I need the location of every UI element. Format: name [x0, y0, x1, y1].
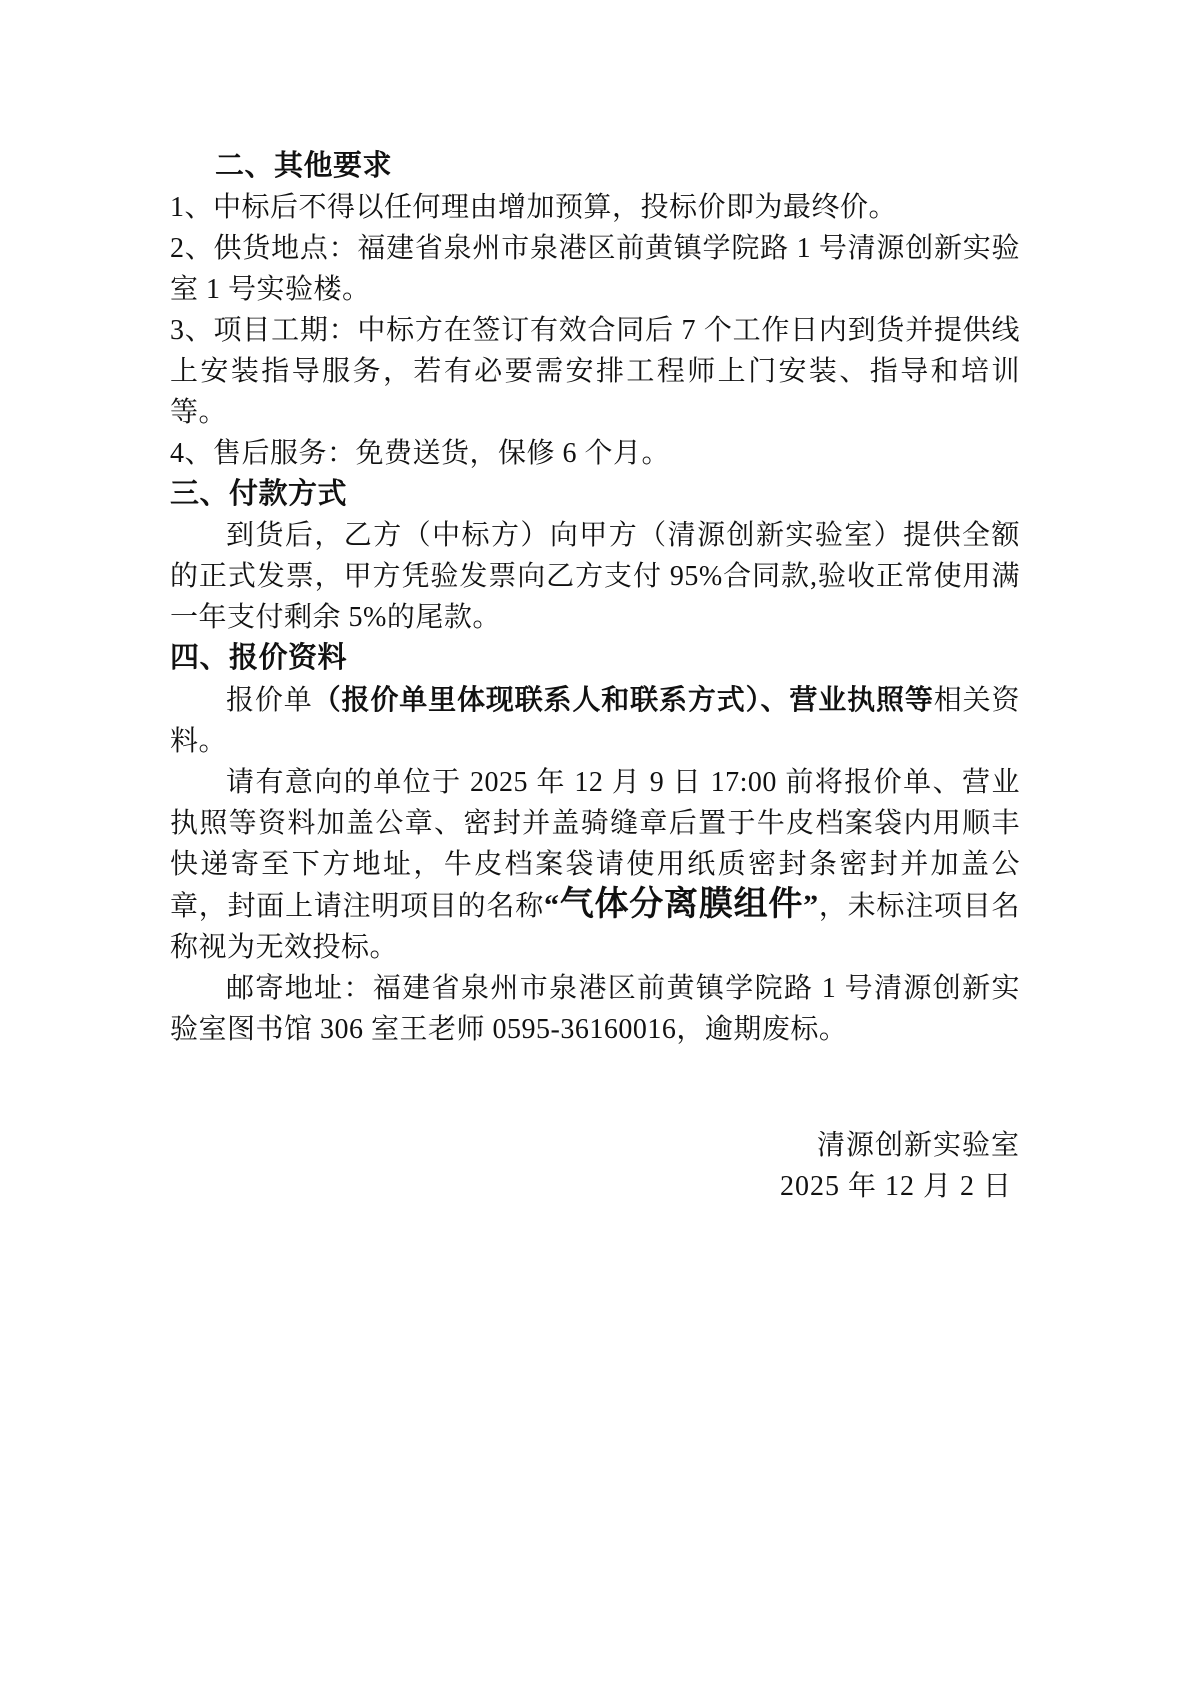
section-3-heading: 三、付款方式 — [170, 474, 1020, 515]
section-2-item-2: 2、供货地点：福建省泉州市泉港区前黄镇学院路 1 号清源创新实验室 1 号实验楼… — [170, 228, 1020, 310]
open-quote: “ — [544, 889, 560, 922]
section-3-payment-paragraph: 到货后，乙方（中标方）向甲方（清源创新实验室）提供全额的正式发票，甲方凭验发票向… — [170, 515, 1020, 638]
document-content: 二、其他要求 1、中标后不得以任何理由增加预算，投标价即为最终价。 2、供货地点… — [170, 146, 1020, 1207]
quotation-text-bold: （报价单里体现联系人和联系方式）、营业执照等 — [313, 684, 934, 715]
quotation-text-prefix: 报价单 — [226, 685, 313, 716]
section-2-item-1: 1、中标后不得以任何理由增加预算，投标价即为最终价。 — [170, 187, 1020, 228]
close-quote: ” — [803, 889, 819, 922]
section-4-heading: 四、报价资料 — [170, 638, 1020, 679]
project-name-emphasis: 气体分离膜组件 — [559, 885, 803, 923]
signature-block: 清源创新实验室 2025 年 12 月 2 日 — [170, 1125, 1020, 1207]
section-2-item-3: 3、项目工期：中标方在签订有效合同后 7 个工作日内到货并提供线上安装指导服务，… — [170, 310, 1020, 433]
signature-date: 2025 年 12 月 2 日 — [170, 1166, 1020, 1207]
document-page: 二、其他要求 1、中标后不得以任何理由增加预算，投标价即为最终价。 2、供货地点… — [0, 0, 1191, 1684]
signature-organization: 清源创新实验室 — [170, 1125, 1020, 1166]
section-2-item-4: 4、售后服务：免费送货，保修 6 个月。 — [170, 433, 1020, 474]
section-4-submission-paragraph: 请有意向的单位于 2025 年 12 月 9 日 17:00 前将报价单、营业执… — [170, 762, 1020, 968]
section-4-mailing-address-paragraph: 邮寄地址：福建省泉州市泉港区前黄镇学院路 1 号清源创新实验室图书馆 306 室… — [170, 968, 1020, 1050]
section-4-quotation-paragraph: 报价单（报价单里体现联系人和联系方式）、营业执照等相关资料。 — [170, 679, 1020, 762]
section-2-heading: 二、其他要求 — [170, 146, 1020, 187]
